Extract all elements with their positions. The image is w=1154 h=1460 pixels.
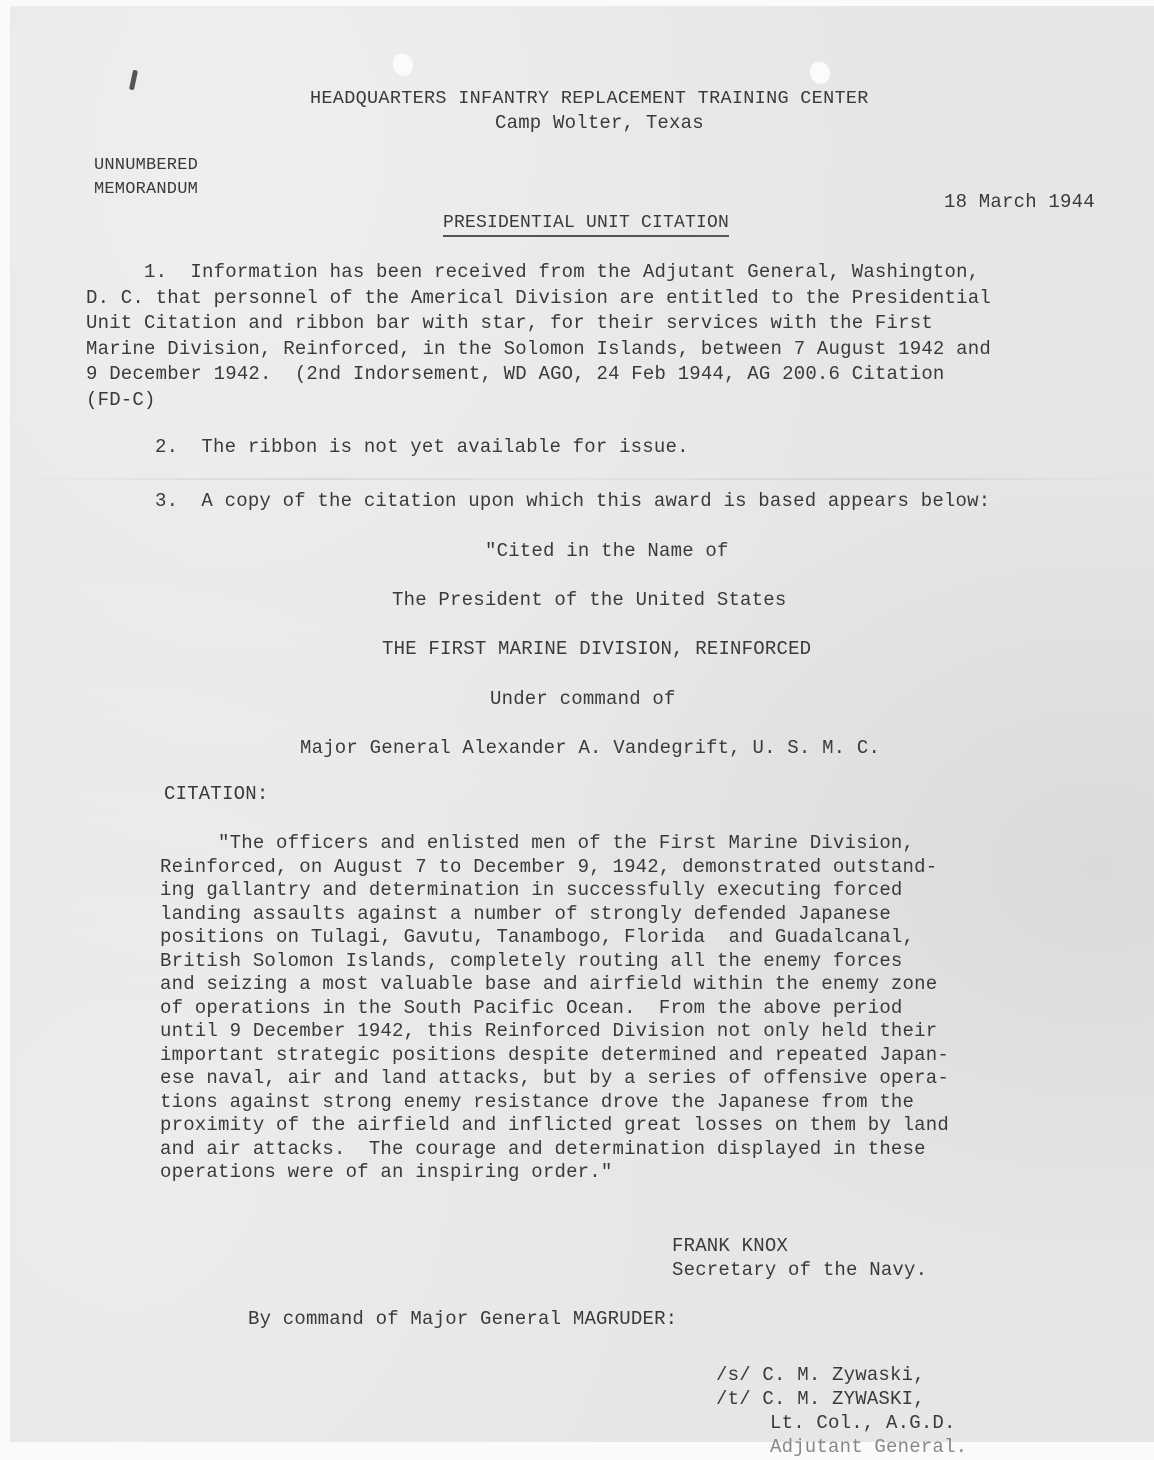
letterhead-organization: HEADQUARTERS INFANTRY REPLACEMENT TRAINI… (310, 86, 869, 112)
citation-header-unit: THE FIRST MARINE DIVISION, REINFORCED (382, 636, 811, 662)
citation-body: "The officers and enlisted men of the Fi… (160, 832, 949, 1185)
signed-line: /s/ C. M. Zywaski, (716, 1362, 925, 1388)
paragraph-1: 1. Information has been received from th… (86, 260, 991, 413)
memorandum-page: HEADQUARTERS INFANTRY REPLACEMENT TRAINI… (10, 6, 1154, 1442)
citation-header-line4: Under command of (490, 686, 676, 712)
citation-header-commander: Major General Alexander A. Vandegrift, U… (300, 735, 880, 761)
citation-signatory-name: FRANK KNOX (672, 1233, 788, 1259)
citation-header-line1: "Cited in the Name of (485, 538, 729, 564)
memo-type-line2: MEMORANDUM (94, 177, 198, 203)
punch-hole (393, 54, 413, 76)
punch-hole (810, 62, 830, 84)
by-command-line: By command of Major General MAGRUDER: (248, 1306, 677, 1332)
paper-fold-crease (10, 478, 1154, 480)
citation-label: CITATION: (164, 781, 268, 807)
memo-subject: PRESIDENTIAL UNIT CITATION (443, 211, 729, 237)
memo-type-line1: UNNUMBERED (94, 153, 198, 179)
ink-mark (129, 70, 138, 91)
citation-header-line2: The President of the United States (392, 587, 786, 613)
signatory-position: Adjutant General. (770, 1434, 967, 1442)
typed-name-line: /t/ C. M. ZYWASKI, (716, 1386, 925, 1412)
citation-signatory-title: Secretary of the Navy. (672, 1257, 927, 1283)
paragraph-3: 3. A copy of the citation upon which thi… (155, 488, 990, 514)
paragraph-2: 2. The ribbon is not yet available for i… (155, 434, 689, 460)
letterhead-location: Camp Wolter, Texas (495, 110, 704, 136)
signatory-rank: Lt. Col., A.G.D. (770, 1410, 956, 1436)
memo-date: 18 March 1944 (944, 189, 1095, 215)
